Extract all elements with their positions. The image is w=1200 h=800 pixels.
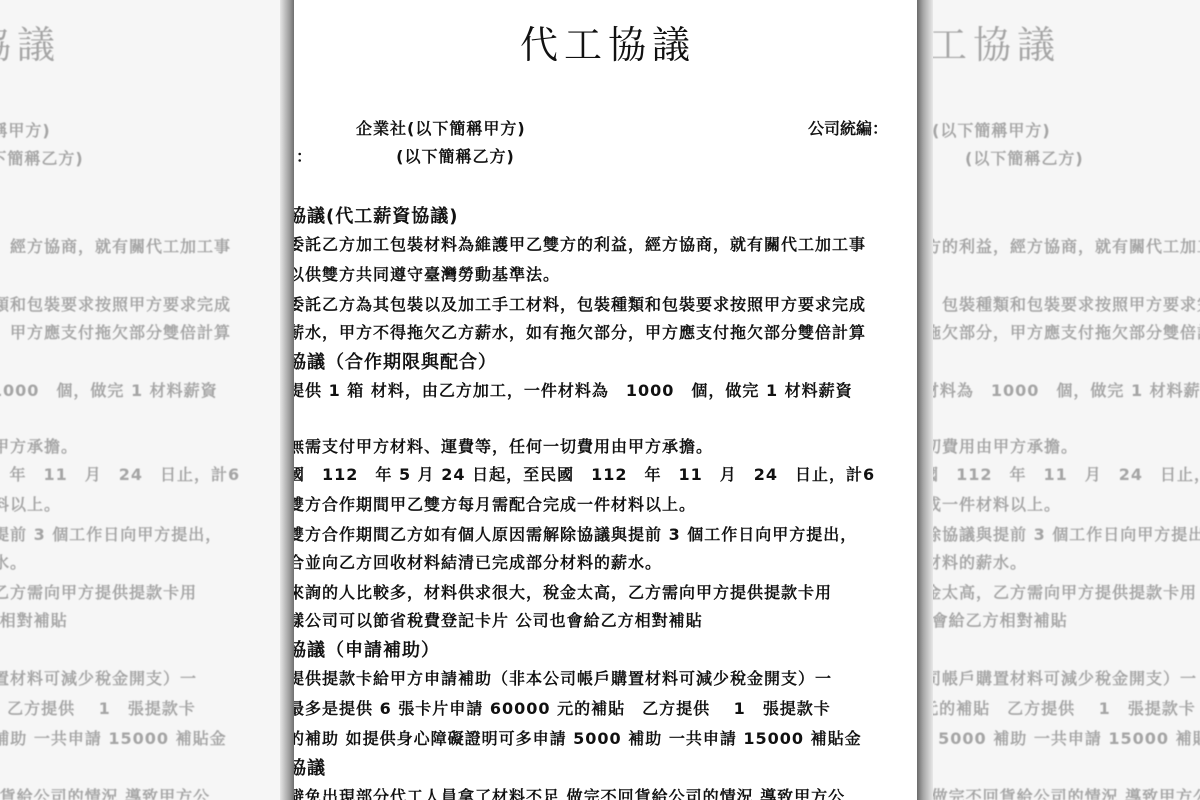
body-line: 避免出現部分代工人員拿了材料不足 做完不回貨給公司的情況 導致甲方公 [0,784,210,800]
body-line: 的補助 如提供身心障礙證明可多申請 5000 補助 一共申請 15000 補貼金 [0,726,227,749]
company-id-label: 公司統編： [808,116,888,139]
body-line: 樣公司可以節省稅費登記卡片 公司也會給乙方相對補貼 [0,608,68,631]
party-b-line: (以下簡稱乙方) [965,146,1084,169]
faded-document-copy-left: 代工協議 企業社(以下簡稱甲方) (以下簡稱乙方) 協議(代工薪資協議) 委託乙… [0,0,293,800]
body-line: 薪水，甲方不得拖欠乙方薪水，如有拖欠部分，甲方應支付拖欠部分雙倍計算 [0,320,231,343]
document-title: 代工協議 [293,14,917,69]
body-line: 避免出現部分代工人員拿了材料不足 做完不回貨給公司的情況 導致甲方公 [293,784,845,800]
body-line: 提供 1 箱 材料，由乙方加工，一件材料為 1000 個，做完 1 材料薪資 [293,378,853,401]
body-line: 提供提款卡給甲方申請補助（非本公司帳戶購置材料可減少稅金開支）一 [0,666,197,689]
section-heading-agreement: 協議 [293,754,326,780]
redacted-party-b-name [313,149,383,167]
section-heading-cooperation: 協議（合作期限與配合） [293,348,497,374]
body-line: 薪水，甲方不得拖欠乙方薪水，如有拖欠部分，甲方應支付拖欠部分雙倍計算 [293,320,866,343]
body-line: 無需支付甲方材料、運費等，任何一切費用由甲方承擔。 [0,434,78,457]
body-line: 的補助 如提供身心障礙證明可多申請 5000 補助 一共申請 15000 補貼金 [293,726,862,749]
body-line: 無需支付甲方材料、運費等，任何一切費用由甲方承擔。 [293,434,713,457]
party-a-line: 企業社(以下簡稱甲方) [296,116,526,139]
party-a-line: 企業社(以下簡稱甲方) [0,118,51,141]
body-line: 提供 1 箱 材料，由乙方加工，一件材料為 1000 個，做完 1 材料薪資 [0,378,218,401]
party-b-label: (以下簡稱乙方) [396,147,515,166]
body-line: 委託乙方加工包裝材料為維護甲乙雙方的利益，經方協商，就有關代工加工事 [293,232,866,255]
body-line: 來詢的人比較多，材料供求很大，稅金太高，乙方需向甲方提供提款卡用 [0,580,197,603]
body-line: 以供雙方共同遵守臺灣勞動基準法。 [293,262,560,285]
body-line: 國 112 年 5 月 24 日起，至民國 112 年 11 月 24 日止，計… [293,462,875,485]
body-line: 雙方合作期間甲乙雙方每月需配合完成一件材料以上。 [0,492,61,515]
redacted-party-a-name [296,121,356,139]
body-line: 合並向乙方回收材料結清已完成部分材料的薪水。 [293,550,662,573]
body-line: 雙方合作期間乙方如有個人原因需解除協議與提前 3 個工作日向甲方提出， [293,522,857,545]
party-a-label: 企業社(以下簡稱甲方) [356,119,526,138]
party-b-line: (以下簡稱乙方) [0,146,84,169]
body-line: 委託乙方加工包裝材料為維護甲乙雙方的利益，經方協商，就有關代工加工事 [0,234,231,257]
contract-document: 代工協議 企業社(以下簡稱甲方) ： (以下簡稱乙方) 公司統編： 協議(代工薪… [293,0,917,800]
body-line: 國 112 年 5 月 24 日起，至民國 112 年 11 月 24 日止，計… [0,462,240,485]
body-line: 雙方合作期間乙方如有個人原因需解除協議與提前 3 個工作日向甲方提出， [0,522,222,545]
body-line: 提供提款卡給甲方申請補助（非本公司帳戶購置材料可減少稅金開支）一 [293,666,832,689]
section-heading-wage: 協議(代工薪資協議) [293,202,458,228]
page-edge-shadow-left [280,0,294,800]
party-b-line: ： (以下簡稱乙方) [296,144,515,167]
body-line: 最多是提供 6 張卡片申請 60000 元的補貼 乙方提供 1 張提款卡 [0,696,196,719]
body-line: 來詢的人比較多，材料供求很大，稅金太高，乙方需向甲方提供提款卡用 [293,580,832,603]
page-edge-shadow-right [917,0,933,800]
body-line: 樣公司可以節省稅費登記卡片 公司也會給乙方相對補貼 [293,608,703,631]
body-line: 合並向乙方回收材料結清已完成部分材料的薪水。 [0,550,27,573]
section-heading-subsidy: 協議（申請補助） [293,636,440,662]
body-line: 雙方合作期間甲乙雙方每月需配合完成一件材料以上。 [293,492,696,515]
document-composite: 代工協議 企業社(以下簡稱甲方) (以下簡稱乙方) 協議(代工薪資協議) 委託乙… [0,0,1200,800]
body-line: 最多是提供 6 張卡片申請 60000 元的補貼 乙方提供 1 張提款卡 [293,696,831,719]
body-line: 委託乙方為其包裝以及加工手工材料，包裝種類和包裝要求按照甲方要求完成 [293,292,866,315]
document-title: 代工協議 [0,14,293,69]
party-b-prefix: ： [296,147,313,166]
body-line: 委託乙方為其包裝以及加工手工材料，包裝種類和包裝要求按照甲方要求完成 [0,292,231,315]
